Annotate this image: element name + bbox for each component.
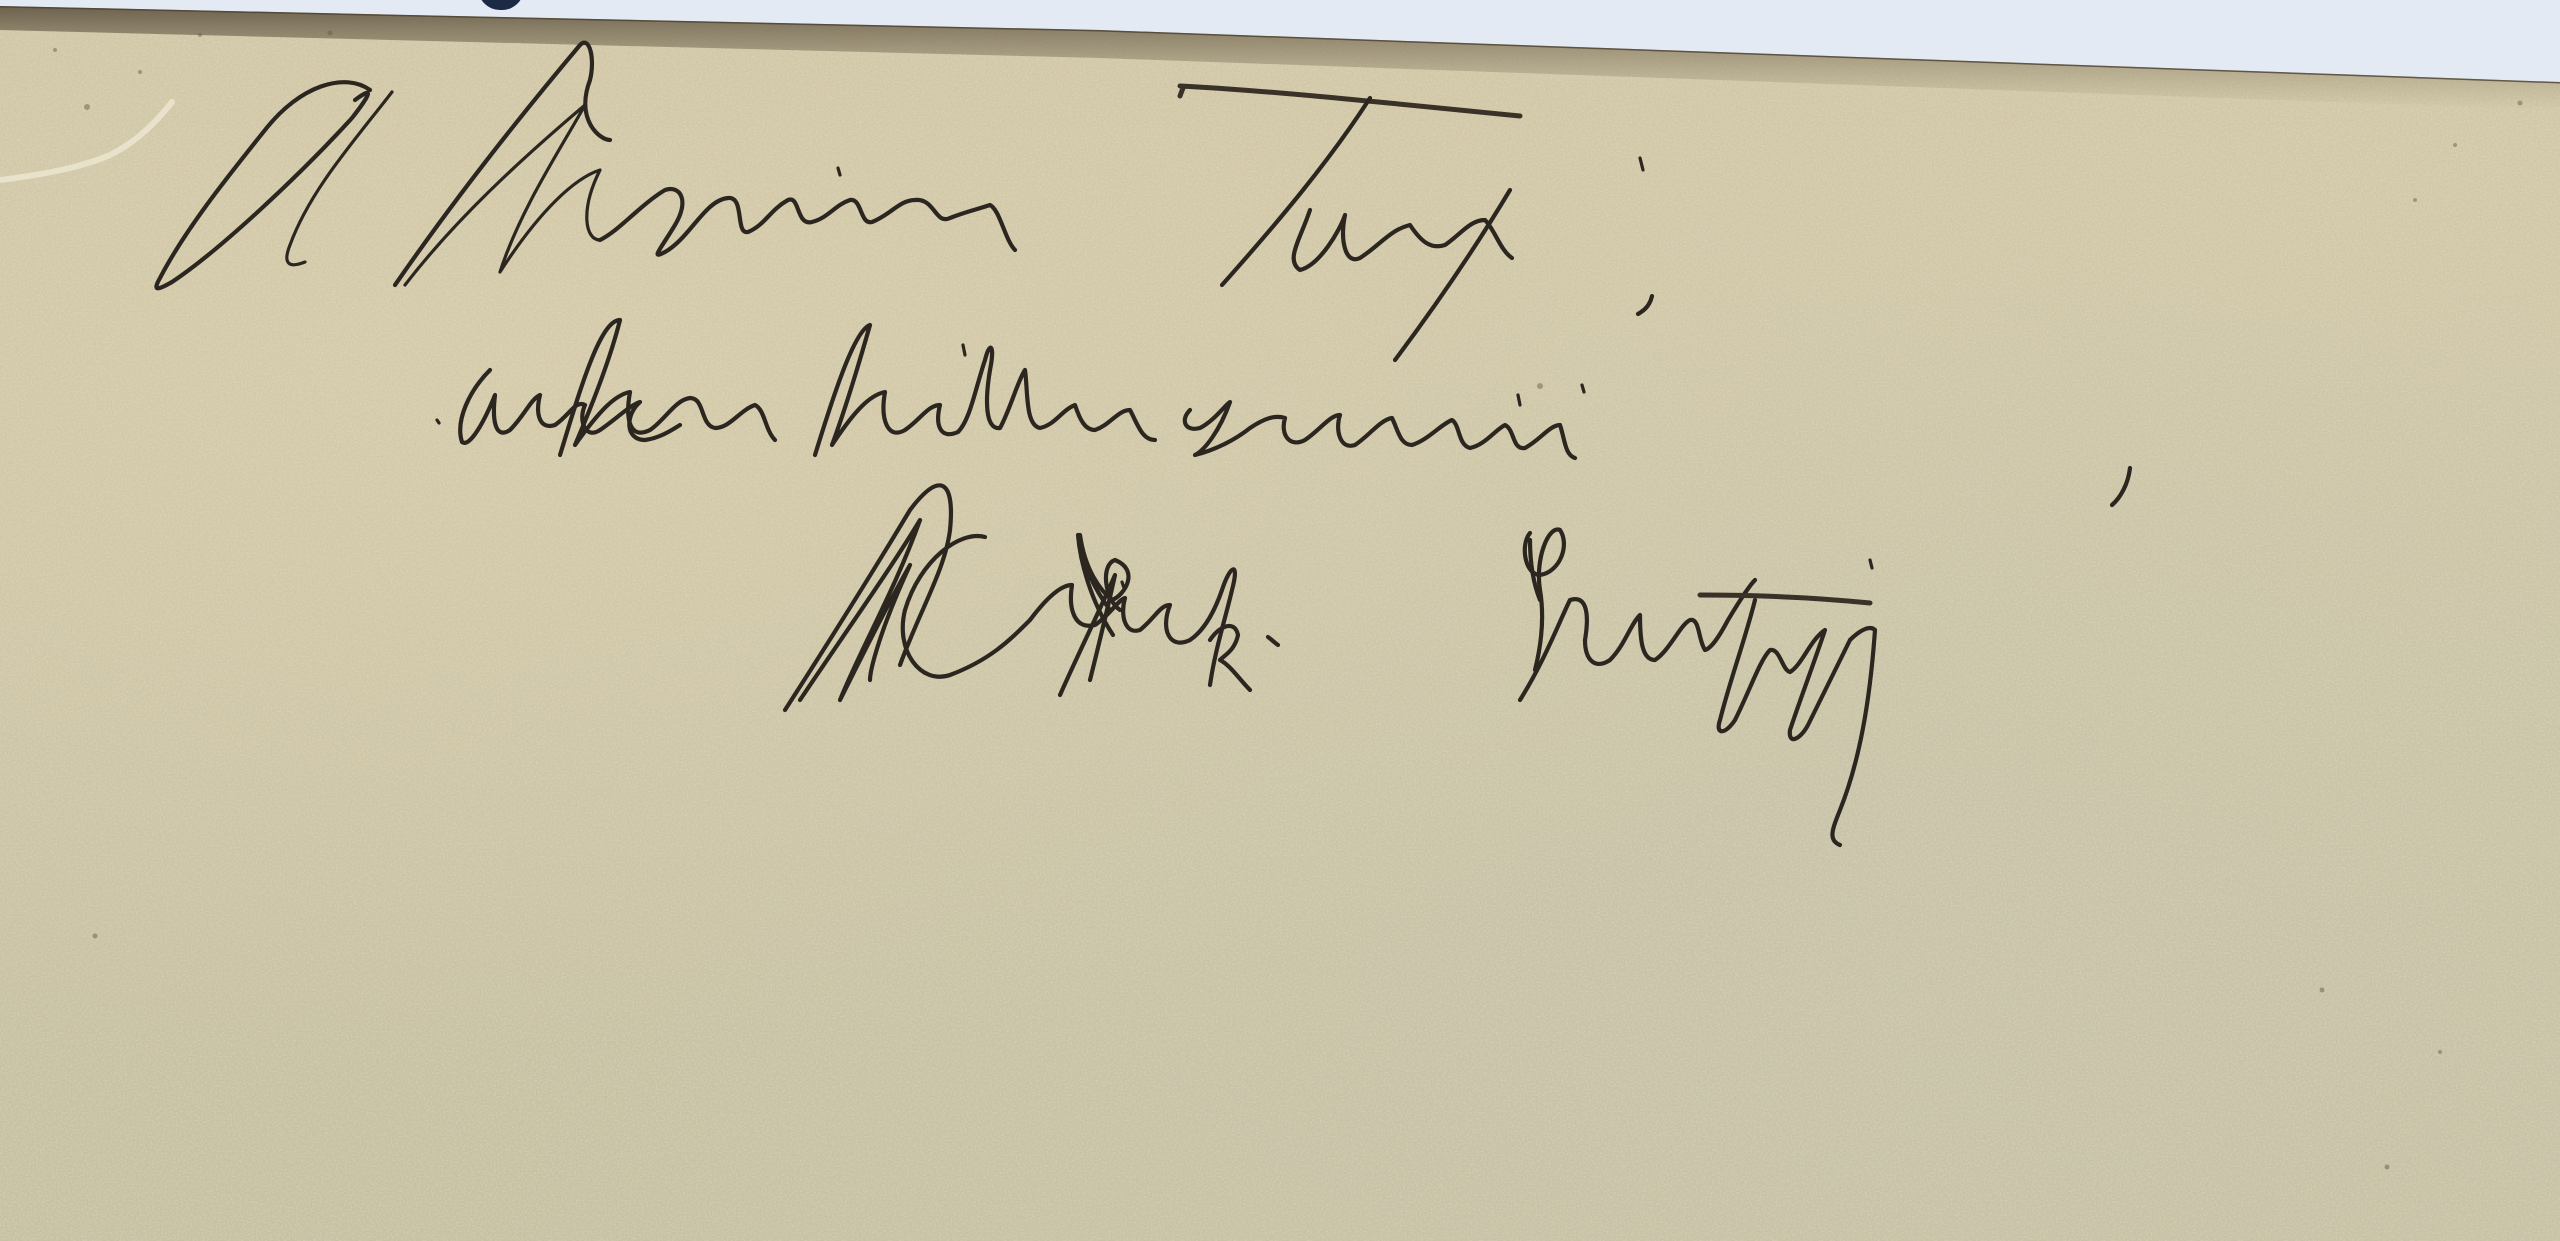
photo-scene: A Monsieur Turpin, avec mon meilleur sou… xyxy=(0,0,2560,1241)
line-1-a-monsieur-turpin xyxy=(156,43,1652,360)
handwritten-inscription xyxy=(0,0,2560,1241)
line-3-signature-crick-kuntziger xyxy=(785,485,1875,845)
line-2-avec-mon-meilleur-souvenir xyxy=(437,320,2130,505)
